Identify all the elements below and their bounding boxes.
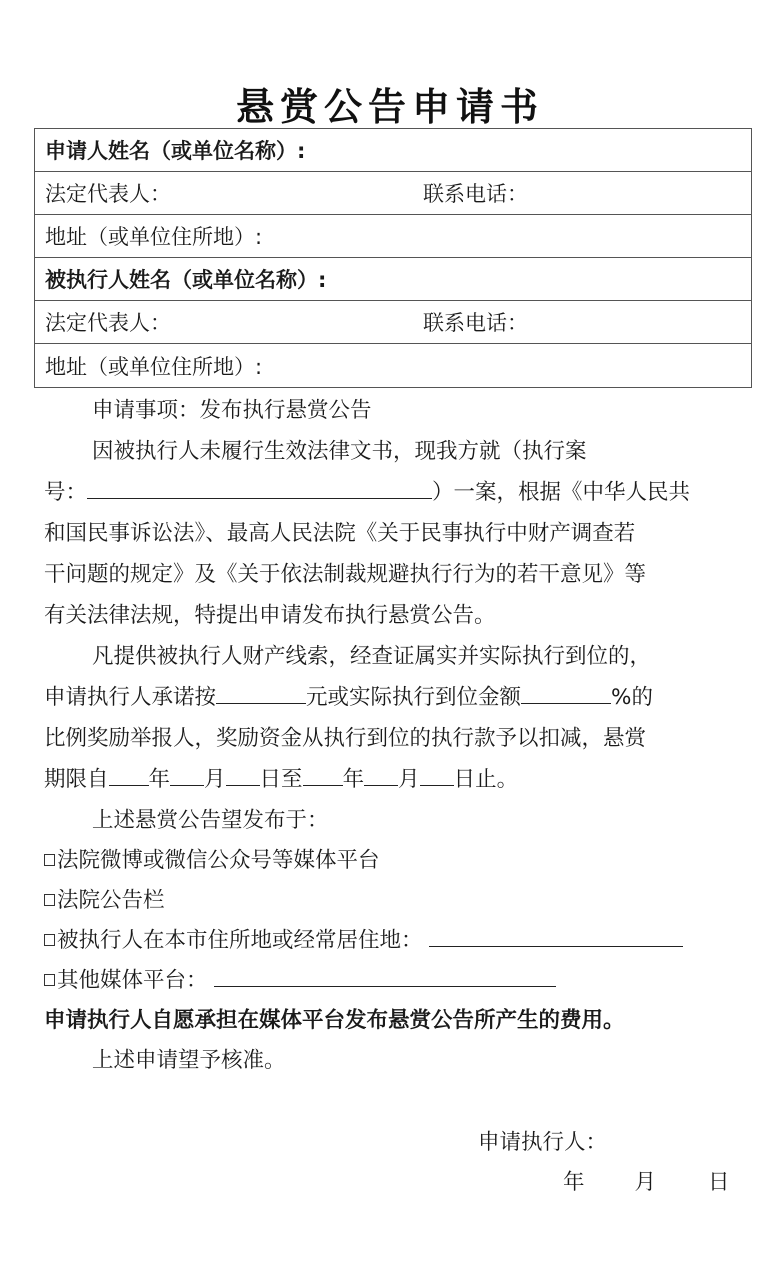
sig-month: 月 xyxy=(635,1170,657,1195)
end-month-blank[interactable] xyxy=(364,764,398,786)
option-court-board[interactable]: 法院公告栏 xyxy=(44,883,165,914)
para1-line1: 因被执行人未履行生效法律文书，现我方就（执行案 xyxy=(44,434,587,465)
matter-line: 申请事项：发布执行悬赏公告 xyxy=(44,393,372,424)
applicant-rep-row[interactable]: 法定代表人： 联系电话： xyxy=(35,172,751,215)
para2-line3: 比例奖励举报人，奖励资金从执行到位的执行款予以扣减，悬赏 xyxy=(44,721,646,752)
para2-line2: 申请执行人承诺按元或实际执行到位金额%的 xyxy=(44,680,653,711)
para1-line3: 和国民事诉讼法》、最高人民法院《关于民事执行中财产调查若 xyxy=(44,516,635,547)
para1-line5: 有关法律法规，特提出申请发布执行悬赏公告。 xyxy=(44,598,496,629)
reward-text-c: %的 xyxy=(611,685,653,710)
reward-percent-blank[interactable] xyxy=(521,682,611,704)
respondent-rep-row[interactable]: 法定代表人： 联系电话： xyxy=(35,301,751,344)
document-title: 悬赏公告申请书 xyxy=(0,76,780,131)
applicant-address-label: 地址（或单位住所地）: xyxy=(45,221,262,251)
fee-statement: 申请执行人自愿承担在媒体平台发布悬赏公告所产生的费用。 xyxy=(44,1003,625,1034)
year-label: 年 xyxy=(343,767,365,792)
para1-line4: 干问题的规定》及《关于依法制裁规避执行行为的若干意见》等 xyxy=(44,557,646,588)
respondent-name-row[interactable]: 被执行人姓名（或单位名称）: xyxy=(35,258,751,301)
checkbox-icon[interactable] xyxy=(44,894,55,906)
end-year-blank[interactable] xyxy=(303,764,343,786)
sig-year: 年 xyxy=(563,1170,585,1195)
reward-text-a: 申请执行人承诺按 xyxy=(44,685,216,710)
checkbox-icon[interactable] xyxy=(44,854,55,866)
applicant-name-label: 申请人姓名（或单位名称）: xyxy=(45,135,305,165)
start-day-blank[interactable] xyxy=(226,764,260,786)
option-label: 其他媒体平台： xyxy=(57,968,208,993)
checkbox-icon[interactable] xyxy=(44,934,55,946)
option-court-media[interactable]: 法院微博或微信公众号等媒体平台 xyxy=(44,843,380,874)
start-year-blank[interactable] xyxy=(109,764,149,786)
option-residence[interactable]: 被执行人在本市住所地或经常居住地： xyxy=(44,923,683,954)
respondent-name-label: 被执行人姓名（或单位名称）: xyxy=(45,264,326,294)
day-end-label: 日止。 xyxy=(454,767,519,792)
option-label: 被执行人在本市住所地或经常居住地： xyxy=(57,928,423,953)
reward-amount-blank[interactable] xyxy=(216,682,306,704)
month-label: 月 xyxy=(204,767,226,792)
day-to-label: 日至 xyxy=(260,767,303,792)
applicant-address-row[interactable]: 地址（或单位住所地）: xyxy=(35,215,751,258)
sig-day: 日 xyxy=(708,1170,730,1195)
reward-text-b: 元或实际执行到位金额 xyxy=(306,685,521,710)
para1-line2-suffix: ）一案，根据《中华人民共 xyxy=(432,480,690,505)
signature-label: 申请执行人： xyxy=(478,1125,607,1156)
publish-intro: 上述悬赏公告望发布于： xyxy=(44,803,329,834)
closing-text: 上述申请望予核准。 xyxy=(44,1043,286,1074)
signature-date: 年月日 xyxy=(563,1165,730,1196)
checkbox-icon[interactable] xyxy=(44,974,55,986)
option-other-media[interactable]: 其他媒体平台： xyxy=(44,963,556,994)
month-label: 月 xyxy=(398,767,420,792)
case-number-label: 号： xyxy=(44,480,87,505)
start-month-blank[interactable] xyxy=(170,764,204,786)
period-label: 期限自 xyxy=(44,767,109,792)
respondent-phone-label: 联系电话： xyxy=(423,307,528,337)
applicant-phone-label: 联系电话： xyxy=(423,178,528,208)
case-number-blank[interactable] xyxy=(87,477,432,499)
applicant-name-row[interactable]: 申请人姓名（或单位名称）: xyxy=(35,129,751,172)
para2-line4: 期限自年月日至年月日止。 xyxy=(44,762,518,793)
respondent-address-label: 地址（或单位住所地）: xyxy=(45,351,262,381)
respondent-rep-label: 法定代表人： xyxy=(45,307,171,337)
party-info-table: 申请人姓名（或单位名称）: 法定代表人： 联系电话： 地址（或单位住所地）: 被… xyxy=(34,128,752,388)
end-day-blank[interactable] xyxy=(420,764,454,786)
applicant-rep-label: 法定代表人： xyxy=(45,178,171,208)
para1-line2: 号：）一案，根据《中华人民共 xyxy=(44,475,690,506)
option-label: 法院公告栏 xyxy=(57,888,165,913)
year-label: 年 xyxy=(149,767,171,792)
other-media-blank[interactable] xyxy=(214,965,556,987)
para2-line1: 凡提供被执行人财产线索，经查证属实并实际执行到位的， xyxy=(44,639,651,670)
option-label: 法院微博或微信公众号等媒体平台 xyxy=(57,848,380,873)
residence-blank[interactable] xyxy=(429,925,683,947)
respondent-address-row[interactable]: 地址（或单位住所地）: xyxy=(35,344,751,387)
